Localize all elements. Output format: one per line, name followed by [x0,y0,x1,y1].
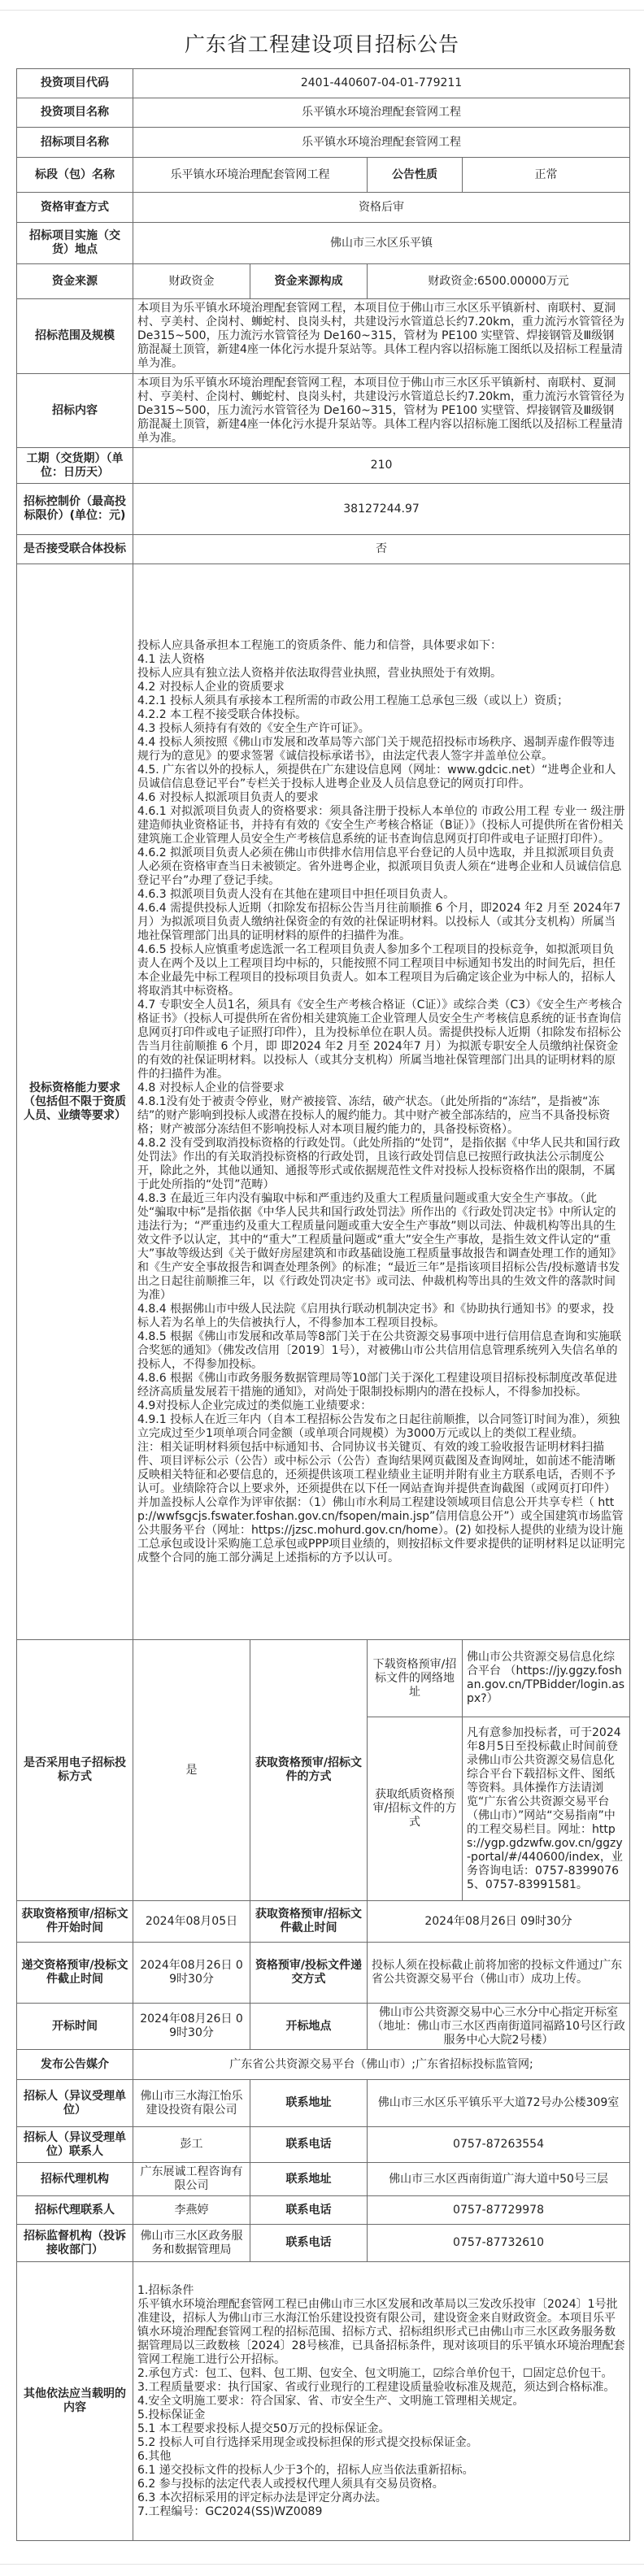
row-joint-bid: 是否接受联合体投标 否 [17,535,630,564]
label-agency-phone: 联系电话 [250,2196,368,2225]
label-doc-start: 获取资格预审/招标文件开始时间 [17,1901,133,1943]
row-location: 招标项目实施（交货）地点 佛山市三水区乐平镇 [17,223,630,264]
value-location: 佛山市三水区乐平镇 [133,223,630,264]
bottom-divider [0,2564,644,2565]
value-supervision: 佛山市三水区政务服务和数据管理局 [133,2225,250,2262]
label-control-price: 招标控制价（最高投标限价）(单位：元) [17,484,133,535]
label-scope: 招标范围及规模 [17,299,133,374]
label-qualification-review: 资格审查方式 [17,193,133,223]
label-agency-address: 联系地址 [250,2163,368,2196]
value-qualification-review: 资格后审 [133,193,630,223]
value-tenderer-contact: 彭工 [133,2127,250,2163]
row-content: 招标内容 本项目为乐平镇水环境治理配套管网工程，本项目位于佛山市三水区乐平镇新村… [17,374,630,448]
label-tender-project-name: 招标项目名称 [17,128,133,158]
label-opening-time: 开标时间 [17,2004,133,2050]
value-joint-bid: 否 [133,535,630,564]
label-funding-source: 资金来源 [17,264,133,299]
page-title: 广东省工程建设项目招标公告 [0,31,644,59]
value-download-url[interactable]: 佛山市公共资源交易信息化综合平台 （https://jy.ggzy.foshan… [463,1640,630,1717]
value-opening-time: 2024年08月26日 09时30分 [133,2004,250,2050]
row-agency-contact: 招标代理联系人 李燕婷 联系电话 0757-87729978 [17,2196,630,2225]
value-control-price: 38127244.97 [133,484,630,535]
value-doc-end: 2024年08月26日 09时30分 [368,1901,630,1943]
label-joint-bid: 是否接受联合体投标 [17,535,133,564]
label-download-url: 下载资格预审/招标文件的网络地址 [368,1640,463,1717]
label-tenderer-address: 联系地址 [250,2080,368,2127]
row-tenderer-contact: 招标人（异议受理单位）联系人 彭工 联系电话 0757-87263554 [17,2127,630,2163]
row-project-code: 投资项目代码 2401-440607-04-01-779211 [17,69,630,98]
row-section-name: 标段（包）名称 乐平镇水环境治理配套管网工程 公告性质 正常 [17,158,630,193]
value-content: 本项目为乐平镇水环境治理配套管网工程，本项目位于佛山市三水区乐平镇新村、南联村、… [133,374,630,448]
row-opening: 开标时间 2024年08月26日 09时30分 开标地点 佛山市公共资源交易中心… [17,2004,630,2050]
label-agency: 招标代理机构 [17,2163,133,2196]
value-tender-project-name: 乐平镇水环境治理配套管网工程 [133,128,630,158]
label-period: 工期（交货期）（单位：日历天） [17,448,133,484]
label-location: 招标项目实施（交货）地点 [17,223,133,264]
row-supervision: 招标监督机构（投诉接收部门） 佛山市三水区政务服务和数据管理局 联系电话 075… [17,2225,630,2262]
value-agency: 广东展诚工程咨询有限公司 [133,2163,250,2196]
row-electronic: 是否采用电子招标投标方式 是 获取资格预审/招标文件的方式 下载资格预审/招标文… [17,1640,630,1717]
value-notice-nature: 正常 [463,158,630,193]
value-doc-start: 2024年08月05日 [133,1901,250,1943]
value-project-code: 2401-440607-04-01-779211 [133,69,630,98]
value-media: 广东省公共资源交易平台（佛山市）;广东省招标投标监管网; [133,2050,630,2080]
row-agency: 招标代理机构 广东展诚工程咨询有限公司 联系地址 佛山市三水区西南街道广海大道中… [17,2163,630,2196]
value-other: 1.招标条件 乐平镇水环境治理配套管网工程已由佛山市三水区发展和改革局以三发改乐… [133,2262,630,2541]
label-agency-contact: 招标代理联系人 [17,2196,133,2225]
top-divider [0,10,644,11]
row-media: 发布公告媒介 广东省公共资源交易平台（佛山市）;广东省招标投标监管网; [17,2050,630,2080]
value-agency-address: 佛山市三水区西南街道广海大道中50号三层 [368,2163,630,2196]
row-other: 其他依法应当载明的内容 1.招标条件 乐平镇水环境治理配套管网工程已由佛山市三水… [17,2262,630,2541]
label-tenderer: 招标人（异议受理单位） [17,2080,133,2127]
value-section-name: 乐平镇水环境治理配套管网工程 [133,158,368,193]
value-project-name: 乐平镇水环境治理配套管网工程 [133,98,630,128]
value-scope: 本项目为乐平镇水环境治理配套管网工程，本项目位于佛山市三水区乐平镇新村、南联村、… [133,299,630,374]
value-tenderer-phone: 0757-87263554 [368,2127,630,2163]
row-control-price: 招标控制价（最高投标限价）(单位：元) 38127244.97 [17,484,630,535]
label-doc-method: 获取资格预审/招标文件的方式 [250,1640,368,1901]
label-section-name: 标段（包）名称 [17,158,133,193]
label-supervision-phone: 联系电话 [250,2225,368,2262]
label-project-code: 投资项目代码 [17,69,133,98]
label-electronic: 是否采用电子招标投标方式 [17,1640,133,1901]
value-tenderer: 佛山市三水海江怡乐建设投资有限公司 [133,2080,250,2127]
row-requirements: 投标资格能力要求（包括但不限于资质人员、业绩等要求） 投标人应具备承担本工程施工… [17,564,630,1640]
label-paper-doc: 获取纸质资格预审/招标文件的方式 [368,1717,463,1901]
value-agency-phone: 0757-87729978 [368,2196,630,2225]
notice-table: 投资项目代码 2401-440607-04-01-779211 投资项目名称 乐… [16,68,630,2541]
row-funding: 资金来源 财政资金 资金来源构成 财政资金:6500.00000万元 [17,264,630,299]
label-submission-deadline: 递交资格预审/投标文件截止时间 [17,1943,133,2004]
value-paper-doc: 凡有意参加投标者，可于2024年8月5日至投标截止时间前登录佛山市公共资源交易信… [463,1717,630,1901]
row-scope: 招标范围及规模 本项目为乐平镇水环境治理配套管网工程，本项目位于佛山市三水区乐平… [17,299,630,374]
row-qualification-review: 资格审查方式 资格后审 [17,193,630,223]
label-doc-end: 获取资格预审/招标文件截止时间 [250,1901,368,1943]
value-supervision-phone: 0757-87732610 [368,2225,630,2262]
row-tender-project-name: 招标项目名称 乐平镇水环境治理配套管网工程 [17,128,630,158]
value-submission-deadline: 2024年08月26日 09时30分 [133,1943,250,2004]
value-opening-place: 佛山市公共资源交易中心三水分中心指定开标室（地址：佛山市三水区西南街道同福路10… [368,2004,630,2050]
label-opening-place: 开标地点 [250,2004,368,2050]
label-content: 招标内容 [17,374,133,448]
label-requirements: 投标资格能力要求（包括但不限于资质人员、业绩等要求） [17,564,133,1640]
value-funding-source: 财政资金 [133,264,250,299]
value-period: 210 [133,448,630,484]
label-media: 发布公告媒介 [17,2050,133,2080]
label-funding-composition: 资金来源构成 [250,264,368,299]
row-period: 工期（交货期）（单位：日历天） 210 [17,448,630,484]
label-other: 其他依法应当载明的内容 [17,2262,133,2541]
row-doc-time: 获取资格预审/招标文件开始时间 2024年08月05日 获取资格预审/招标文件截… [17,1901,630,1943]
label-submission-method: 资格预审/投标文件递交方式 [250,1943,368,2004]
row-submission: 递交资格预审/投标文件截止时间 2024年08月26日 09时30分 资格预审/… [17,1943,630,2004]
label-supervision: 招标监督机构（投诉接收部门） [17,2225,133,2262]
label-tenderer-phone: 联系电话 [250,2127,368,2163]
value-agency-contact: 李燕婷 [133,2196,250,2225]
label-project-name: 投资项目名称 [17,98,133,128]
row-project-name: 投资项目名称 乐平镇水环境治理配套管网工程 [17,98,630,128]
label-tenderer-contact: 招标人（异议受理单位）联系人 [17,2127,133,2163]
value-requirements: 投标人应具备承担本工程施工的资质条件、能力和信誉，具体要求如下： 4.1 法人资… [133,564,630,1640]
label-notice-nature: 公告性质 [368,158,463,193]
value-funding-composition: 财政资金:6500.00000万元 [368,264,630,299]
row-tenderer: 招标人（异议受理单位） 佛山市三水海江怡乐建设投资有限公司 联系地址 佛山市三水… [17,2080,630,2127]
value-tenderer-address: 佛山市三水区乐平镇乐平大道72号办公楼309室 [368,2080,630,2127]
value-submission-method: 投标人须在投标截止前将加密的投标文件通过广东省公共资源交易平台（佛山市）成功上传… [368,1943,630,2004]
value-electronic: 是 [133,1640,250,1901]
